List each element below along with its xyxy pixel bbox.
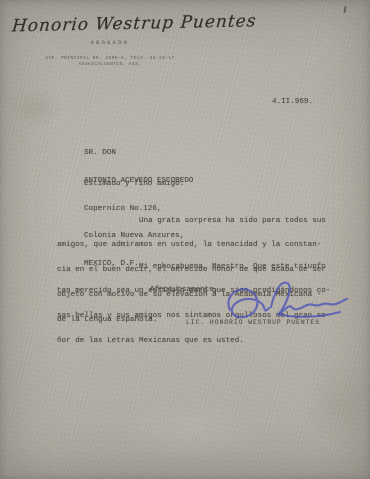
recipient-line: SR. DON: [84, 149, 193, 158]
paper-stain: [120, 400, 260, 460]
letterhead-script-name: Honorio Westrup Puentes: [11, 12, 243, 37]
corner-pen-mark: [344, 6, 347, 13]
body-line: ñor de las Letras Mexicanas que es usted…: [57, 337, 330, 345]
typed-signature-name: LIC. HONORIO WESTRUP PUENTES: [186, 319, 320, 326]
letter-page: Honorio Westrup Puentes ABOGADO AVE. PRI…: [0, 0, 370, 479]
body-line: Mi enhorabuena, Maestro. Que este triunf…: [57, 263, 330, 271]
letterhead-address-line2: AGUASCALIENTES, AGS.: [40, 62, 180, 67]
letter-date: 4.II.969.: [272, 98, 313, 106]
letterhead-address-line1: AVE. PRINCIPAL NO. 3895-A, TELS. 46-18-1…: [40, 56, 180, 61]
paper-stain: [6, 88, 66, 128]
body-line: Una grata sorpresa ha sido para todos su…: [57, 217, 326, 225]
paper-stain: [300, 360, 370, 450]
salutation: Estimado y fino amigo:: [84, 180, 184, 188]
letterhead-title: ABOGADO: [70, 40, 150, 46]
